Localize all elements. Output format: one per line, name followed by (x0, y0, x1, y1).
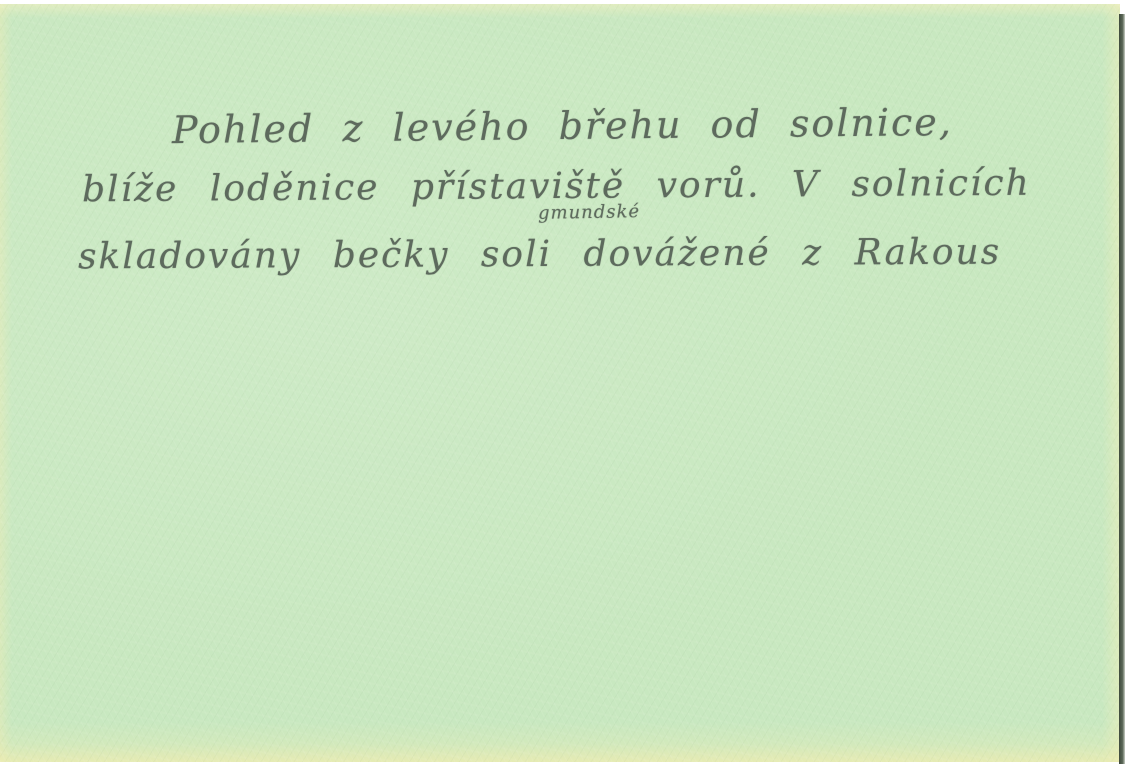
card-edge-shadow (1119, 14, 1125, 764)
handwritten-line-3: skladovány bečky soli dovážené z Rakous (78, 232, 1001, 278)
handwritten-line-1: Pohled z levého břehu od solnice, (172, 100, 953, 152)
handwritten-insertion: gmundské (538, 201, 640, 224)
green-card-paper: Pohled z levého břehu od solnice, blíže … (0, 4, 1120, 762)
scanned-card: Pohled z levého břehu od solnice, blíže … (0, 0, 1140, 766)
